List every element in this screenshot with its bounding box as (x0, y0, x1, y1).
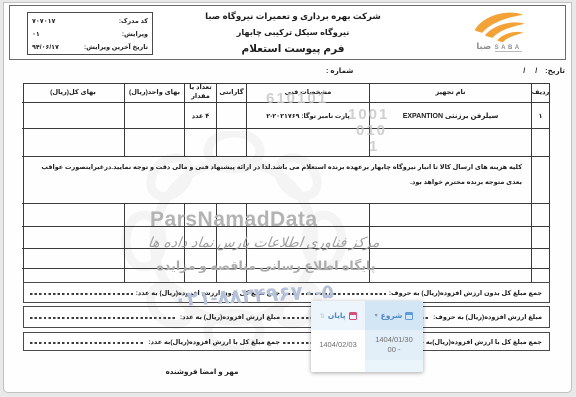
last-revision-date-row: تاریخ آخرین ویرایش: ۹۴/۰۶/۱۷ (32, 43, 148, 51)
calendar-icon (349, 312, 357, 320)
start-time-value: 00 - (388, 345, 401, 355)
page-title: فرم پیوست استعلام (160, 43, 426, 55)
document-code-box: کد مدرک: ۷۰۷۰۱۷ ویرایش: ۰۱ تاریخ آخرین و… (27, 12, 153, 55)
col-header-row-no: ردیف (531, 84, 549, 103)
col-header-qty: تعداد یا مقدار (184, 84, 216, 103)
doc-code-row: کد مدرک: ۷۰۷۰۱۷ (32, 17, 148, 25)
empty-cell (124, 269, 184, 283)
empty-cell (216, 129, 246, 157)
saba-logo-text: saba صبا (447, 41, 551, 52)
form-header-band: کد مدرک: ۷۰۷۰۱۷ ویرایش: ۰۱ تاریخ آخرین و… (9, 5, 566, 60)
seller-seal-signature-label: مهر و امضا فروشنده (152, 367, 252, 376)
form-number-label: شماره : (326, 66, 353, 75)
start-column-header[interactable]: شروع ▾ (365, 301, 423, 330)
last-revision-date-label: تاریخ آخرین ویرایش: (84, 43, 148, 51)
total-price-cell (22, 103, 124, 129)
empty-cell (531, 204, 549, 227)
col-header-warranty: گارانتی (216, 84, 246, 103)
end-date-value: 1404/02/03 (319, 340, 357, 350)
start-date-value: 1404/01/30 (375, 335, 413, 345)
saba-logo: saba صبا (447, 7, 551, 52)
revision-label: ویرایش: (122, 30, 148, 38)
vat-amount-band: مبلغ ارزش افزوده(ریال) به حروف: مبلغ ارز… (23, 306, 550, 328)
empty-cell (216, 249, 246, 269)
items-table: ردیف نام تجهیز مشخصات فنی گارانتی تعداد … (23, 83, 550, 283)
plant-name: نیروگاه سیکل ترکیبی چابهار (160, 27, 426, 37)
note-row-no-cell (531, 157, 549, 204)
empty-cell (246, 129, 369, 157)
warranty-cell (216, 103, 246, 129)
revision-row: ویرایش: ۰۱ (32, 30, 148, 38)
empty-cell (369, 227, 531, 249)
empty-cell (184, 227, 216, 249)
calendar-icon (405, 312, 413, 320)
empty-cell (531, 227, 549, 249)
total-without-vat-words-label: جمع مبلغ کل بدون ارزش افزوده(ریال) به حر… (389, 289, 542, 297)
empty-cell (216, 204, 246, 227)
form-date-label: تاریخ: / / (523, 66, 565, 75)
start-date-cell[interactable]: 1404/01/30 00 - (365, 330, 423, 360)
empty-cell (246, 227, 369, 249)
empty-cell (22, 269, 124, 283)
empty-cell (531, 269, 549, 283)
logo-latin: saba (495, 41, 522, 52)
company-name: شرکت بهره برداری و تعمیرات نیروگاه صبا (160, 11, 426, 22)
col-header-equipment-name: نام تجهیز (369, 84, 531, 103)
empty-cell (22, 204, 124, 227)
sort-arrows-icon[interactable]: ⇅ (319, 312, 324, 320)
logo-farsi: صبا (476, 41, 491, 51)
end-column-label: پایان (328, 311, 346, 320)
empty-cell (369, 269, 531, 283)
dotted-line (30, 293, 133, 295)
vat-words-label: مبلغ ارزش افزوده(ریال) به حروف: (433, 313, 542, 321)
equipment-name-cell: سیلرفن برزنتی EXPANTION (369, 103, 531, 129)
empty-cell (369, 249, 531, 269)
start-column-label: شروع (381, 311, 403, 320)
end-column-filler (311, 360, 365, 372)
start-column-filler (365, 360, 423, 372)
document-card: کد مدرک: ۷۰۷۰۱۷ ویرایش: ۰۱ تاریخ آخرین و… (3, 2, 572, 393)
empty-cell (246, 204, 369, 227)
dotted-line (30, 342, 145, 344)
empty-cell (184, 204, 216, 227)
chevron-down-icon[interactable]: ▾ (375, 312, 378, 319)
empty-cell (184, 129, 216, 157)
total-without-vat-band: جمع مبلغ کل بدون ارزش افزوده(ریال) به حر… (23, 282, 550, 303)
unit-price-cell (124, 103, 184, 129)
form-titles: شرکت بهره برداری و تعمیرات نیروگاه صبا ن… (160, 11, 426, 55)
empty-cell (22, 249, 124, 269)
revision-value: ۰۱ (32, 30, 40, 38)
specs-cell: پارت نامبر توگا: ۲۰۲۱۷۶۹-۲ (246, 103, 369, 129)
empty-cell (369, 204, 531, 227)
date-range-overlay: شروع ▾ پایان ⇅ 1404/01/30 00 - 1404/02/0… (311, 301, 423, 372)
empty-cell (531, 129, 549, 157)
total-without-vat-digits-label: جمع مبلغ کل بدون ارزش افزوده(ریال) به عد… (136, 289, 280, 297)
col-header-unit-price: بهای واحد(ریال) (124, 84, 184, 103)
scanned-inquiry-form-page: کد مدرک: ۷۰۷۰۱۷ ویرایش: ۰۱ تاریخ آخرین و… (0, 0, 576, 397)
end-column-header[interactable]: پایان ⇅ (311, 301, 365, 330)
empty-cell (531, 249, 549, 269)
dotted-line (283, 293, 386, 295)
doc-code-label: کد مدرک: (119, 17, 148, 25)
empty-cell (216, 227, 246, 249)
end-date-cell[interactable]: 1404/02/03 (311, 330, 365, 360)
last-revision-date-value: ۹۴/۰۶/۱۷ (32, 43, 59, 51)
doc-code-value: ۷۰۷۰۱۷ (32, 17, 55, 25)
empty-cell (246, 269, 369, 283)
vat-digits-label: مبلغ ارزش افزوده(ریال) به عدد: (180, 313, 280, 321)
dotted-line (30, 317, 177, 319)
total-with-vat-band: جمع مبلغ کل با ارزش افزوده(ریال)به حروف:… (23, 332, 550, 351)
qty-cell: ۴ عدد (184, 103, 216, 129)
empty-cell (369, 129, 531, 157)
total-with-vat-digits-label: جمع مبلغ کل با ارزش افزوده(ریال)به عدد: (148, 338, 280, 346)
empty-cell (124, 249, 184, 269)
col-header-specs: مشخصات فنی (246, 84, 369, 103)
empty-cell (246, 249, 369, 269)
empty-cell (124, 227, 184, 249)
empty-cell (124, 204, 184, 227)
row-no-cell: ۱ (531, 103, 549, 129)
empty-cell (22, 129, 124, 157)
empty-cell (22, 227, 124, 249)
empty-cell (124, 129, 184, 157)
col-header-total-price: بهای کل(ریال) (22, 84, 124, 103)
empty-cell (184, 249, 216, 269)
empty-cell (184, 269, 216, 283)
shipping-note: کلیه هزینه های ارسال کالا تا انبار نیروگ… (22, 157, 531, 204)
saba-logo-icon (466, 7, 532, 43)
empty-cell (216, 269, 246, 283)
